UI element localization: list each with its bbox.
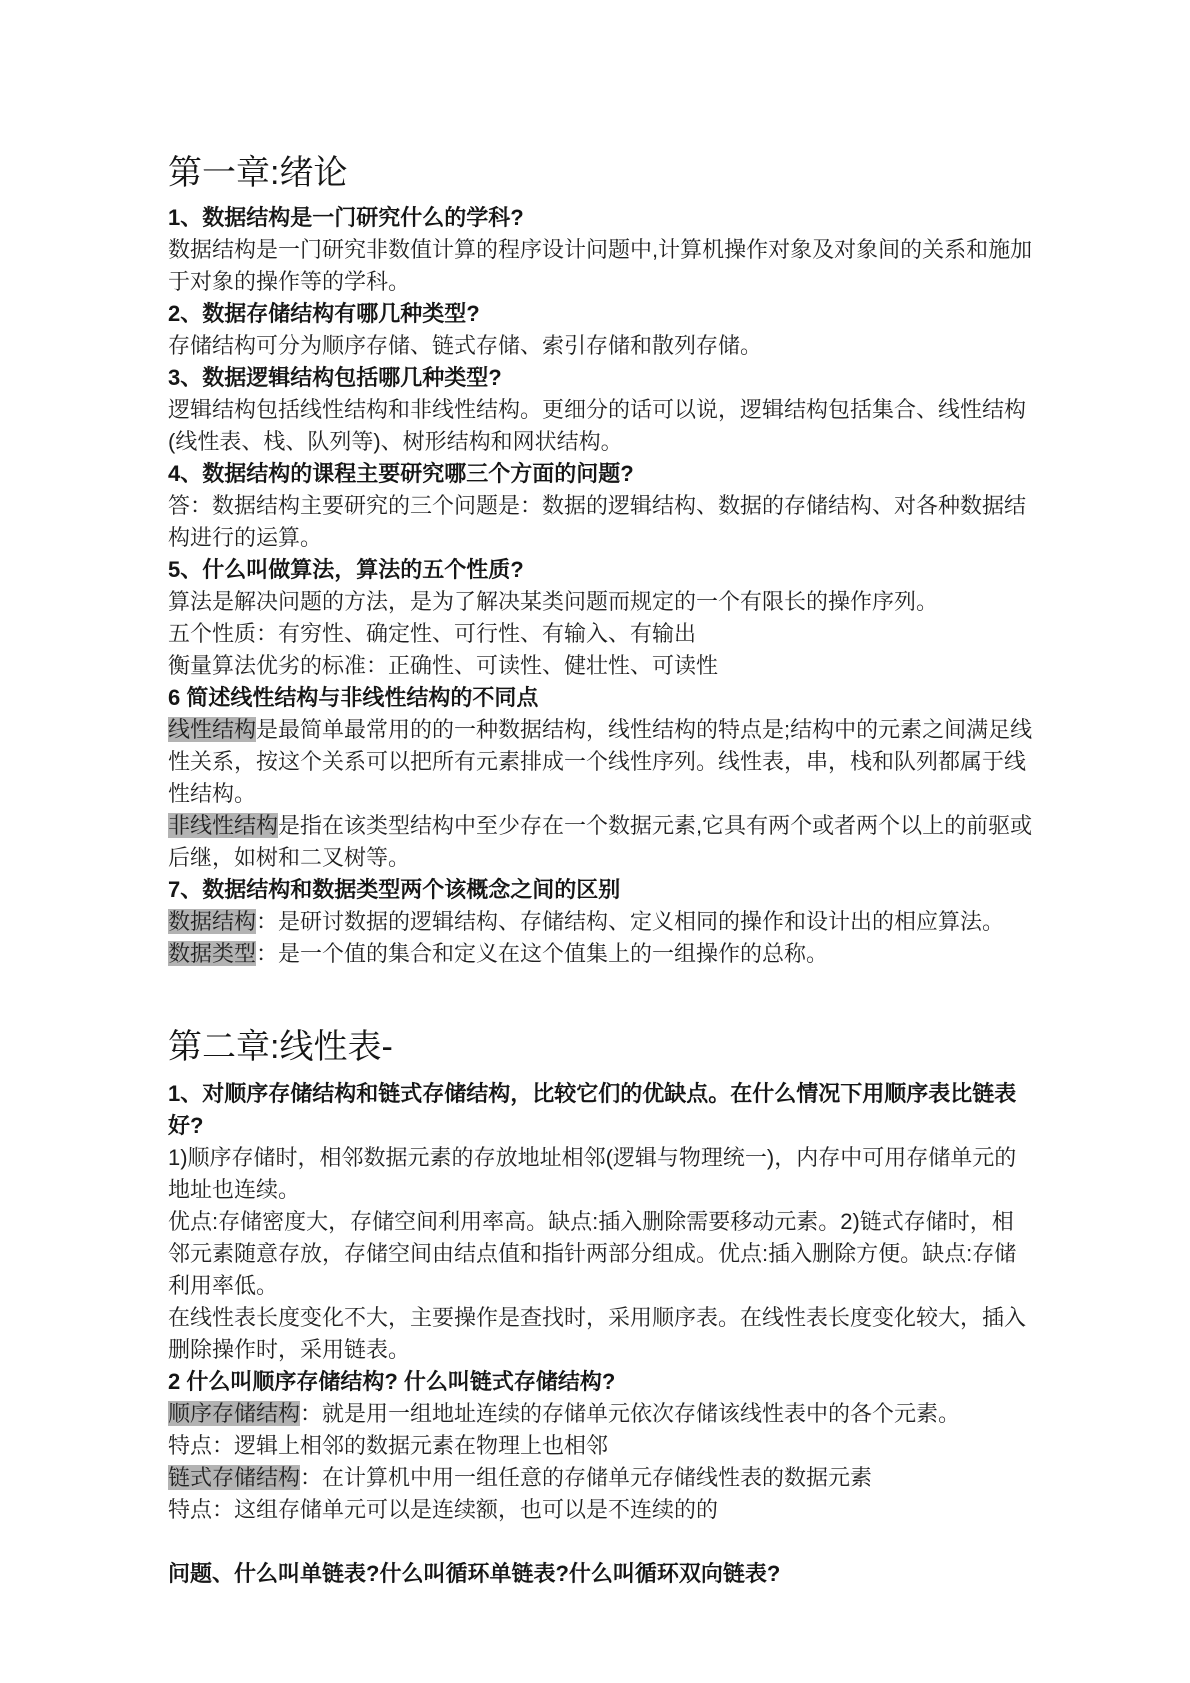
text-run: ：是研讨数据的逻辑结构、存储结构、定义相同的操作和设计出的相应算法。 bbox=[256, 909, 1004, 934]
text-run: 五个性质：有穷性、确定性、可行性、有输入、有输出 bbox=[168, 621, 696, 646]
chapter-title: 第二章:线性表- bbox=[168, 1026, 1034, 1068]
answer-paragraph: 数据结构是一门研究非数值计算的程序设计问题中,计算机操作对象及对象间的关系和施加… bbox=[168, 234, 1034, 298]
question-heading: 5、什么叫做算法，算法的五个性质? bbox=[168, 554, 1034, 586]
highlighted-term: 顺序存储结构 bbox=[168, 1401, 300, 1426]
text-run: 6 简述线性结构与非线性结构的不同点 bbox=[168, 685, 538, 710]
text-run: 问题、什么叫单链表?什么叫循环单链表?什么叫循环双向链表? bbox=[168, 1561, 780, 1586]
question-heading: 1、对顺序存储结构和链式存储结构，比较它们的优缺点。在什么情况下用顺序表比链表好… bbox=[168, 1078, 1034, 1142]
text-run: 3、数据逻辑结构包括哪几种类型? bbox=[168, 365, 502, 390]
text-run: ：是一个值的集合和定义在这个值集上的一组操作的总称。 bbox=[256, 941, 828, 966]
question-heading: 1、数据结构是一门研究什么的学科? bbox=[168, 202, 1034, 234]
text-run: 2、数据存储结构有哪几种类型? bbox=[168, 301, 480, 326]
answer-paragraph: 五个性质：有穷性、确定性、可行性、有输入、有输出 bbox=[168, 618, 1034, 650]
document-content: 第一章:绪论1、数据结构是一门研究什么的学科?数据结构是一门研究非数值计算的程序… bbox=[168, 152, 1034, 1590]
answer-paragraph: 线性结构是最简单最常用的的一种数据结构，线性结构的特点是;结构中的元素之间满足线… bbox=[168, 714, 1034, 810]
text-run: 2 什么叫顺序存储结构? 什么叫链式存储结构? bbox=[168, 1369, 615, 1394]
chapter-section: 第一章:绪论1、数据结构是一门研究什么的学科?数据结构是一门研究非数值计算的程序… bbox=[168, 152, 1034, 970]
answer-paragraph: 算法是解决问题的方法，是为了解决某类问题而规定的一个有限长的操作序列。 bbox=[168, 586, 1034, 618]
answer-paragraph: 答：数据结构主要研究的三个问题是：数据的逻辑结构、数据的存储结构、对各种数据结构… bbox=[168, 490, 1034, 554]
question-heading: 2 什么叫顺序存储结构? 什么叫链式存储结构? bbox=[168, 1366, 1034, 1398]
text-run: 衡量算法优劣的标准：正确性、可读性、健壮性、可读性 bbox=[168, 653, 718, 678]
text-run: 特点：这组存储单元可以是连续额，也可以是不连续的的 bbox=[168, 1497, 718, 1522]
highlighted-term: 数据结构 bbox=[168, 909, 256, 934]
text-run: 特点：逻辑上相邻的数据元素在物理上也相邻 bbox=[168, 1433, 608, 1458]
text-run: 是指在该类型结构中至少存在一个数据元素,它具有两个或者两个以上的前驱或后继，如树… bbox=[168, 813, 1032, 870]
answer-paragraph: 优点:存储密度大，存储空间利用率高。缺点:插入删除需要移动元素。2)链式存储时，… bbox=[168, 1206, 1034, 1302]
chapter-section: 第二章:线性表-1、对顺序存储结构和链式存储结构，比较它们的优缺点。在什么情况下… bbox=[168, 1026, 1034, 1590]
answer-paragraph: 逻辑结构包括线性结构和非线性结构。更细分的话可以说，逻辑结构包括集合、线性结构(… bbox=[168, 394, 1034, 458]
answer-paragraph: 特点：逻辑上相邻的数据元素在物理上也相邻 bbox=[168, 1430, 1034, 1462]
text-run: 1、数据结构是一门研究什么的学科? bbox=[168, 205, 524, 230]
question-heading: 问题、什么叫单链表?什么叫循环单链表?什么叫循环双向链表? bbox=[168, 1558, 1034, 1590]
highlighted-term: 链式存储结构 bbox=[168, 1465, 300, 1490]
highlighted-term: 线性结构 bbox=[168, 717, 256, 742]
answer-paragraph: 衡量算法优劣的标准：正确性、可读性、健壮性、可读性 bbox=[168, 650, 1034, 682]
text-run: 5、什么叫做算法，算法的五个性质? bbox=[168, 557, 524, 582]
document-page: 第一章:绪论1、数据结构是一门研究什么的学科?数据结构是一门研究非数值计算的程序… bbox=[0, 0, 1190, 1683]
text-run: ：就是用一组地址连续的存储单元依次存储该线性表中的各个元素。 bbox=[300, 1401, 960, 1426]
text-run: 1、对顺序存储结构和链式存储结构，比较它们的优缺点。在什么情况下用顺序表比链表好… bbox=[168, 1081, 1016, 1138]
text-run: 1)顺序存储时，相邻数据元素的存放地址相邻(逻辑与物理统一)，内存中可用存储单元… bbox=[168, 1145, 1016, 1202]
question-heading: 4、数据结构的课程主要研究哪三个方面的问题? bbox=[168, 458, 1034, 490]
question-heading: 3、数据逻辑结构包括哪几种类型? bbox=[168, 362, 1034, 394]
answer-paragraph: 链式存储结构：在计算机中用一组任意的存储单元存储线性表的数据元素 bbox=[168, 1462, 1034, 1494]
answer-paragraph: 在线性表长度变化不大，主要操作是查找时，采用顺序表。在线性表长度变化较大，插入删… bbox=[168, 1302, 1034, 1366]
text-run: 7、数据结构和数据类型两个该概念之间的区别 bbox=[168, 877, 620, 902]
text-run: 算法是解决问题的方法，是为了解决某类问题而规定的一个有限长的操作序列。 bbox=[168, 589, 938, 614]
text-run: 答：数据结构主要研究的三个问题是：数据的逻辑结构、数据的存储结构、对各种数据结构… bbox=[168, 493, 1026, 550]
text-run: 逻辑结构包括线性结构和非线性结构。更细分的话可以说，逻辑结构包括集合、线性结构(… bbox=[168, 397, 1026, 454]
answer-paragraph: 特点：这组存储单元可以是连续额，也可以是不连续的的 bbox=[168, 1494, 1034, 1526]
highlighted-term: 非线性结构 bbox=[168, 813, 278, 838]
answer-paragraph: 非线性结构是指在该类型结构中至少存在一个数据元素,它具有两个或者两个以上的前驱或… bbox=[168, 810, 1034, 874]
question-heading: 7、数据结构和数据类型两个该概念之间的区别 bbox=[168, 874, 1034, 906]
text-run: 存储结构可分为顺序存储、链式存储、索引存储和散列存储。 bbox=[168, 333, 762, 358]
text-run: ：在计算机中用一组任意的存储单元存储线性表的数据元素 bbox=[300, 1465, 872, 1490]
chapter-title: 第一章:绪论 bbox=[168, 152, 1034, 194]
answer-paragraph: 数据结构：是研讨数据的逻辑结构、存储结构、定义相同的操作和设计出的相应算法。 bbox=[168, 906, 1034, 938]
text-run: 是最简单最常用的的一种数据结构，线性结构的特点是;结构中的元素之间满足线性关系，… bbox=[168, 717, 1032, 806]
question-heading: 2、数据存储结构有哪几种类型? bbox=[168, 298, 1034, 330]
highlighted-term: 数据类型 bbox=[168, 941, 256, 966]
answer-paragraph: 顺序存储结构：就是用一组地址连续的存储单元依次存储该线性表中的各个元素。 bbox=[168, 1398, 1034, 1430]
text-run: 数据结构是一门研究非数值计算的程序设计问题中,计算机操作对象及对象间的关系和施加… bbox=[168, 237, 1032, 294]
text-run: 在线性表长度变化不大，主要操作是查找时，采用顺序表。在线性表长度变化较大，插入删… bbox=[168, 1305, 1026, 1362]
text-run: 4、数据结构的课程主要研究哪三个方面的问题? bbox=[168, 461, 634, 486]
answer-paragraph: 1)顺序存储时，相邻数据元素的存放地址相邻(逻辑与物理统一)，内存中可用存储单元… bbox=[168, 1142, 1034, 1206]
answer-paragraph: 数据类型：是一个值的集合和定义在这个值集上的一组操作的总称。 bbox=[168, 938, 1034, 970]
answer-paragraph: 存储结构可分为顺序存储、链式存储、索引存储和散列存储。 bbox=[168, 330, 1034, 362]
text-run: 优点:存储密度大，存储空间利用率高。缺点:插入删除需要移动元素。2)链式存储时，… bbox=[168, 1209, 1016, 1298]
question-heading: 6 简述线性结构与非线性结构的不同点 bbox=[168, 682, 1034, 714]
